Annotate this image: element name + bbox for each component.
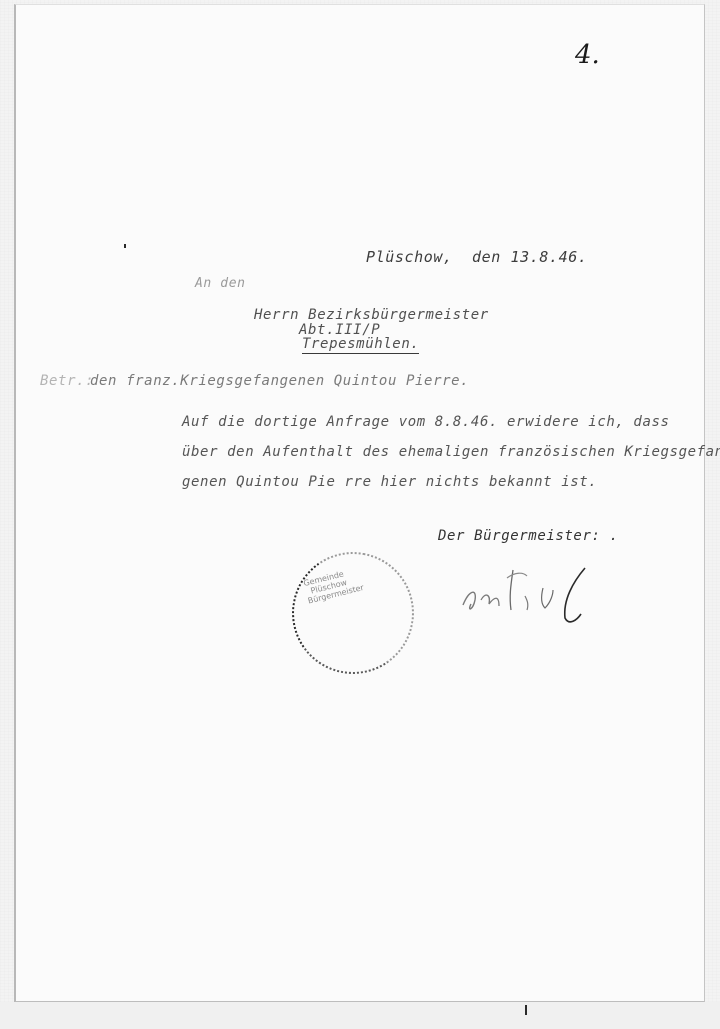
place-date: Plüschow, den 13.8.46. [366,248,588,266]
salutation-prefix: An den [195,276,246,291]
recipient-line-3: Trepesmühlen. [302,336,419,354]
subject-line: den franz.Kriegsgefangenen Quintou Pierr… [90,373,469,389]
recipient-line-1: Herrn Bezirksbürgermeister [254,307,489,323]
body-line-1: Auf die dortige Anfrage vom 8.8.46. erwi… [182,414,670,430]
pencil-mark [124,244,126,248]
closing-signature-line: Der Bürgermeister: . [438,528,619,544]
handwritten-signature [455,560,615,630]
scan-bottom-margin [0,1002,720,1029]
subject-label: Betr.: [40,373,94,389]
document-page [14,4,705,1003]
body-line-3: genen Quintou Pie rre hier nichts bekann… [182,474,597,490]
body-line-2: über den Aufenthalt des ehemaligen franz… [182,444,720,460]
handwritten-page-number: 4. [575,40,600,70]
scan-artifact-mark [525,1005,527,1015]
